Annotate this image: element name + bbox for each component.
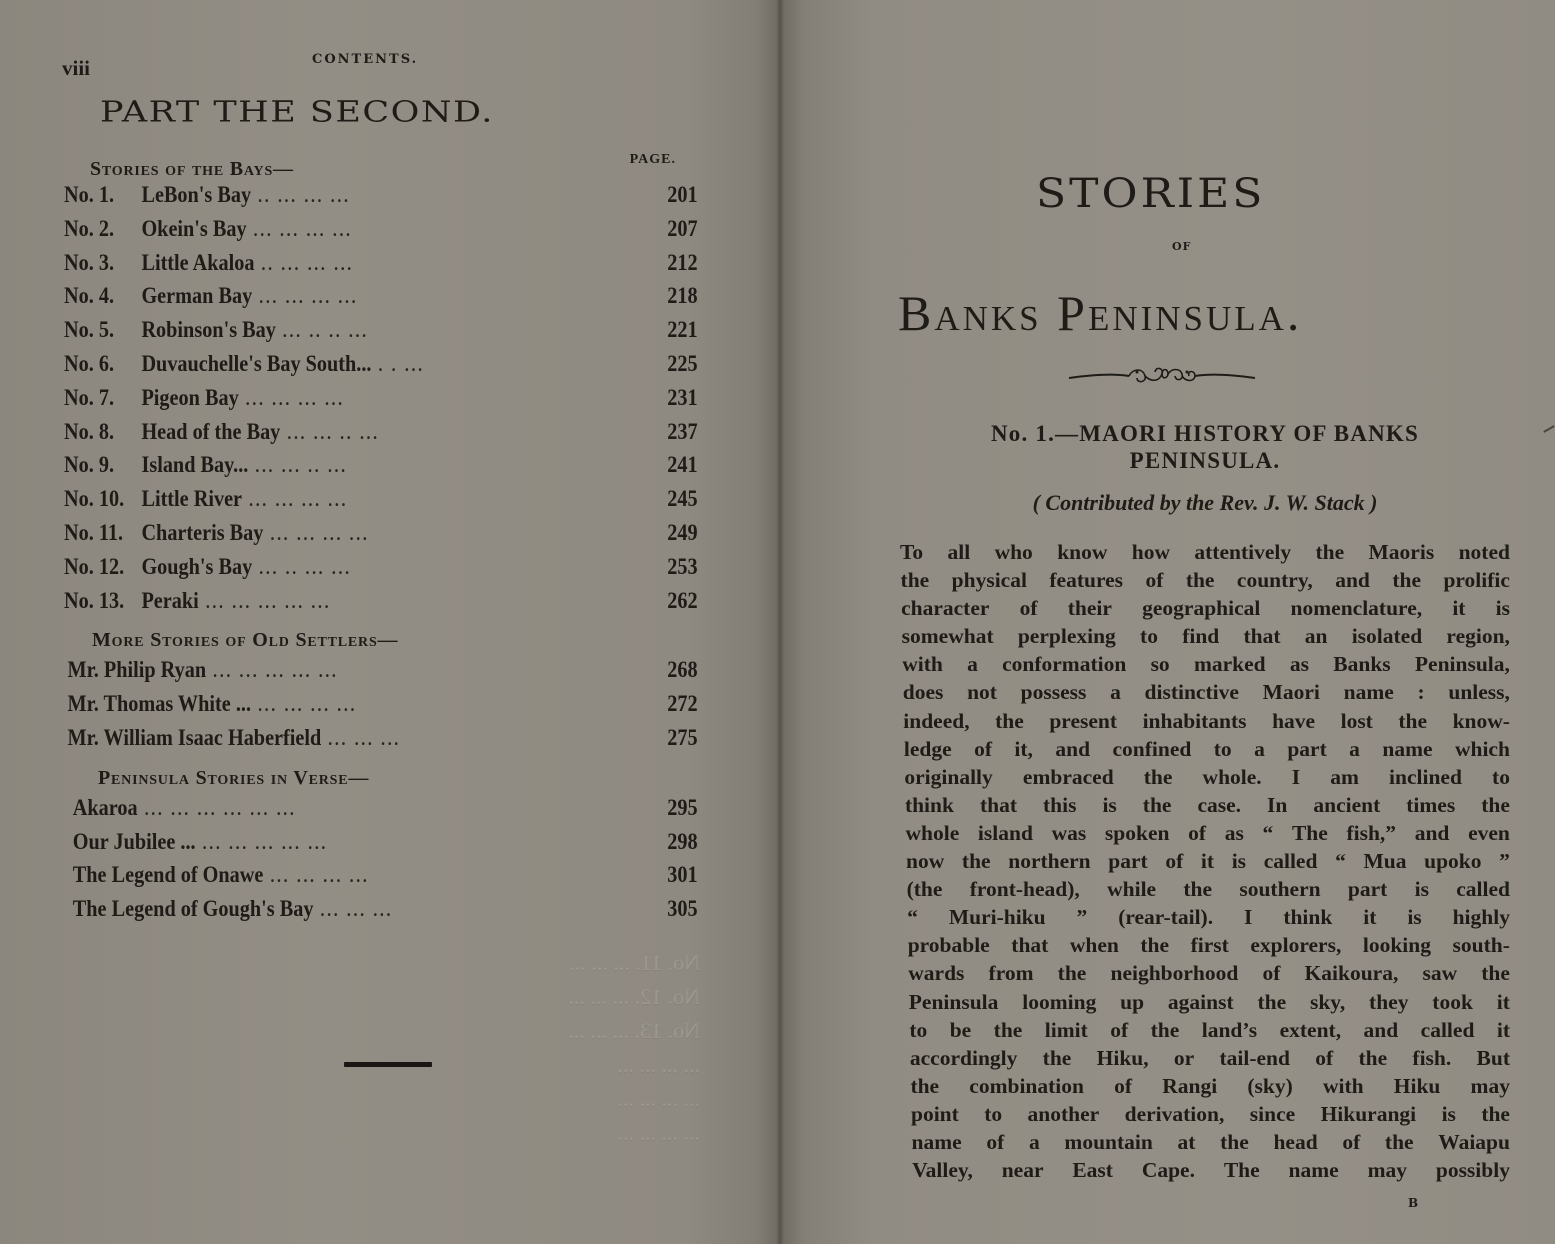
body-text-line: wardsfromtheneighborhoodofKaikoura,sawth… <box>900 961 1510 989</box>
decorative-flourish-icon <box>1067 364 1257 386</box>
word: embraced <box>1023 765 1114 793</box>
word: so <box>1151 652 1170 680</box>
word: up <box>1120 990 1144 1018</box>
word: inhabitants <box>1143 709 1247 737</box>
word: possibly <box>1436 1158 1510 1186</box>
word: neighborhood <box>1110 961 1238 989</box>
toc-entry: No. 8.Head of the Bay... ... .. ...237 <box>64 419 698 453</box>
body-text-line: “Muri-hiku”(rear-tail).Ithinkitishighly <box>900 905 1510 933</box>
word: of <box>1020 596 1038 624</box>
word: called <box>1456 877 1510 905</box>
body-text-line: wholeislandwasspokenofas“Thefish,”andeve… <box>900 821 1510 849</box>
toc-entry-title: Mr. William Isaac Haberfield <box>68 725 322 751</box>
toc-entry: No. 5.Robinson's Bay... .. .. ...221 <box>64 317 698 351</box>
word: of <box>1342 1130 1360 1158</box>
word: ” <box>1077 905 1088 933</box>
dot-leaders: ... ... .. ... <box>280 423 639 444</box>
toc-entry-title: Okein's Bay <box>141 216 246 242</box>
word: conformation <box>1002 652 1126 680</box>
word: the <box>1481 1102 1510 1130</box>
word: it <box>1452 596 1465 624</box>
word: the <box>1315 540 1344 568</box>
body-text-line: somewhatperplexingtofindthatanisolatedre… <box>900 624 1510 652</box>
toc-entry-title: The Legend of Gough's Bay <box>73 896 314 922</box>
toc-entry-number: No. 5. <box>64 317 141 343</box>
chapter-title-line-2: PENINSULA. <box>900 447 1510 474</box>
body-text-line: ledgeofit,andconfinedtoapartanamewhich <box>900 737 1510 765</box>
word: took <box>1432 990 1473 1018</box>
word: whole. <box>1203 765 1262 793</box>
section-label-stories-of-the-bays: Stories of the Bays— <box>90 158 294 181</box>
word: who <box>995 540 1033 568</box>
word: probable <box>908 933 990 961</box>
word: to <box>1140 624 1158 652</box>
word: this <box>1043 793 1076 821</box>
toc-entry-page-number: 241 <box>640 452 698 478</box>
toc-entry: No. 12.Gough's Bay... .. ... ...253 <box>64 554 698 588</box>
body-text-line: Valley,nearEastCape.Thenamemaypossibly <box>900 1158 1510 1186</box>
dot-leaders: ... ... ... ... <box>239 389 640 410</box>
book-gutter <box>776 0 784 1244</box>
word: when <box>1070 933 1119 961</box>
body-text-line: Peninsulaloomingupagainstthesky,theytook… <box>900 990 1510 1018</box>
word: case. <box>1197 793 1241 821</box>
word: The <box>1224 1158 1260 1186</box>
toc-entry-page-number: 272 <box>640 691 698 717</box>
toc-entry-number: No. 12. <box>64 554 141 580</box>
word: In <box>1267 793 1287 821</box>
word: isolated <box>1352 624 1422 652</box>
signature-mark: B <box>1408 1196 1418 1210</box>
toc-entry-page-number: 305 <box>640 896 698 922</box>
word: it <box>1363 905 1376 933</box>
dot-leaders: ... ... ... <box>321 729 639 750</box>
word: distinctive <box>1145 680 1239 708</box>
word: physical <box>952 568 1027 596</box>
toc-entry: No. 1.LeBon's Bay.. ... ... ...201 <box>64 182 698 216</box>
word: south- <box>1453 933 1510 961</box>
toc-entry: No. 4.German Bay... ... ... ...218 <box>64 283 698 317</box>
word: confined <box>1112 737 1191 765</box>
word: know- <box>1453 709 1510 737</box>
word: and <box>1335 568 1370 596</box>
show-through-text: No. 11. ... ... ...No. 12. ... ... ...No… <box>60 950 700 1154</box>
toc-entry-title: German Bay <box>141 283 252 309</box>
toc-entry-page-number: 231 <box>640 385 698 411</box>
running-head: viii CONTENTS. <box>62 50 702 80</box>
word: an <box>1305 624 1328 652</box>
toc-entry-number: No. 13. <box>64 588 141 614</box>
word: have <box>1272 709 1315 737</box>
toc-entry-title: Pigeon Bay <box>141 385 238 411</box>
word: unless, <box>1448 680 1510 708</box>
word: front-head), <box>970 877 1080 905</box>
word: find <box>1182 624 1219 652</box>
word: name <box>1344 680 1394 708</box>
toc-entry: No. 6.Duvauchelle's Bay South.... . ...2… <box>64 351 698 385</box>
word: that <box>1011 933 1048 961</box>
word: Maori <box>1263 680 1320 708</box>
body-text-line: nameofamountainattheheadoftheWaiapu <box>900 1130 1510 1158</box>
dot-leaders: ... ... ... ... <box>251 695 639 716</box>
word: region, <box>1446 624 1510 652</box>
dot-leaders: .. ... ... ... <box>254 254 639 275</box>
word: inclined <box>1389 765 1462 793</box>
word: “ <box>1335 849 1346 877</box>
word: part <box>1348 877 1387 905</box>
word: northern <box>1008 849 1090 877</box>
toc-entry: No. 10.Little River... ... ... ...245 <box>64 486 698 520</box>
word: may <box>1471 1074 1510 1102</box>
word: indeed, <box>903 709 969 737</box>
word: of <box>1110 1018 1128 1046</box>
dot-leaders: ... ... ... ... <box>242 490 639 511</box>
word: geographical <box>1142 596 1260 624</box>
toc-entry-title: Island Bay... <box>141 452 248 478</box>
word: tail-end <box>1219 1046 1289 1074</box>
body-text-line: withaconformationsomarkedasBanksPeninsul… <box>900 652 1510 680</box>
toc-entry-title: Robinson's Bay <box>141 317 275 343</box>
chapter-title: No. 1.—MAORI HISTORY OF BANKS PENINSULA. <box>900 420 1510 474</box>
toc-entry: No. 7.Pigeon Bay... ... ... ...231 <box>64 385 698 419</box>
dot-leaders: ... ... ... ... <box>252 287 639 308</box>
toc-entry: Mr. William Isaac Haberfield... ... ...2… <box>64 725 698 759</box>
word: looking <box>1363 933 1431 961</box>
word: of <box>986 1130 1004 1158</box>
body-text-line: ToallwhoknowhowattentivelytheMaorisnoted <box>900 540 1510 568</box>
word: name <box>1382 737 1432 765</box>
word: the <box>1140 933 1169 961</box>
toc-entry-number: No. 3. <box>64 250 141 276</box>
dot-leaders: ... ... ... <box>313 900 639 921</box>
body-text-line: indeed,thepresentinhabitantshavelostthek… <box>900 709 1510 737</box>
word: that <box>980 793 1017 821</box>
word: part <box>1287 737 1326 765</box>
word: to <box>1214 737 1232 765</box>
word: of <box>1165 849 1183 877</box>
toc-entry-title: Akaroa <box>73 795 138 821</box>
word: the <box>995 709 1024 737</box>
word: sky, <box>1310 990 1345 1018</box>
toc-entry-title: Charteris Bay <box>141 520 263 546</box>
word: of <box>974 737 992 765</box>
book-title-stories: STORIES <box>1036 170 1265 217</box>
toc-entry-number: No. 4. <box>64 283 141 309</box>
word: it <box>1497 1018 1510 1046</box>
word: spoken <box>1105 821 1170 849</box>
word: noted <box>1459 540 1510 568</box>
dot-leaders: ... ... .. ... <box>248 456 639 477</box>
word: attentively <box>1194 540 1291 568</box>
word: the <box>910 1074 939 1102</box>
body-text-line: nowthenorthernpartofitiscalled“Muaupoko” <box>900 849 1510 877</box>
toc-entry-page-number: 207 <box>640 216 698 242</box>
word: not <box>967 680 997 708</box>
word: Hiku <box>1394 1074 1441 1102</box>
word: to <box>909 1018 927 1046</box>
word: To <box>900 540 923 568</box>
dot-leaders: ... .. ... ... <box>252 558 639 579</box>
word: to <box>1492 765 1510 793</box>
word: ledge <box>904 737 952 765</box>
word: does <box>903 680 944 708</box>
word: a <box>967 652 978 680</box>
word: point <box>911 1102 959 1130</box>
word: a <box>1254 737 1265 765</box>
word: extent, <box>1280 1018 1342 1046</box>
word: possess <box>1021 680 1087 708</box>
show-through-line: ... ... ... ... <box>60 1052 700 1086</box>
word: the <box>1058 961 1087 989</box>
toc-entry-page-number: 295 <box>640 795 698 821</box>
body-text-line: probablethatwhenthefirstexplorers,lookin… <box>900 933 1510 961</box>
word: “ <box>1263 821 1274 849</box>
toc-entry: Mr. Philip Ryan... ... ... ... ...268 <box>64 657 698 691</box>
running-title: CONTENTS. <box>312 52 418 67</box>
toc-entry-number: No. 7. <box>64 385 141 411</box>
word: first <box>1191 933 1229 961</box>
word: island <box>978 821 1033 849</box>
dot-leaders: ... ... ... ... <box>247 220 640 241</box>
word: Mua <box>1363 849 1406 877</box>
toc-entry: No. 11.Charteris Bay... ... ... ...249 <box>64 520 698 554</box>
word: fish,” <box>1346 821 1396 849</box>
word: of <box>1114 1074 1132 1102</box>
word: since <box>1250 1102 1295 1130</box>
word: wards <box>908 961 964 989</box>
body-text-line: accordinglytheHiku,ortail-endofthefish.B… <box>900 1046 1510 1074</box>
word: think <box>905 793 954 821</box>
word: Peninsula, <box>1415 652 1510 680</box>
word: saw <box>1422 961 1457 989</box>
word: at <box>1178 1130 1196 1158</box>
word: southern <box>1239 877 1320 905</box>
word: features <box>1049 568 1123 596</box>
word: land’s <box>1202 1018 1257 1046</box>
book-title-of: OF <box>1172 240 1191 253</box>
word: nomenclature, <box>1291 596 1423 624</box>
toc-entry: Akaroa... ... ... ... ... ...295 <box>64 795 698 829</box>
word: it <box>1497 990 1510 1018</box>
word: Maoris <box>1369 540 1435 568</box>
word: But <box>1477 1046 1510 1074</box>
word: with <box>1323 1074 1364 1102</box>
toc-entry-page-number: 253 <box>640 554 698 580</box>
word: (the <box>907 877 943 905</box>
contributor-byline: ( Contributed by the Rev. J. W. Stack ) <box>900 490 1510 516</box>
word: Peninsula <box>909 990 999 1018</box>
word: called <box>1421 1018 1475 1046</box>
toc-entry: The Legend of Onawe... ... ... ...301 <box>64 862 698 896</box>
toc-entry-number: No. 2. <box>64 216 141 242</box>
body-text-line: thecombinationofRangi(sky)withHikumay <box>900 1074 1510 1102</box>
word: be <box>950 1018 972 1046</box>
word: times <box>1406 793 1455 821</box>
word: Hikurangi <box>1321 1102 1417 1130</box>
word: all <box>948 540 971 568</box>
end-rule-divider <box>344 1062 432 1067</box>
toc-entry: No. 13.Peraki... ... ... ... ...262 <box>64 588 698 622</box>
word: know <box>1057 540 1107 568</box>
word: marked <box>1194 652 1266 680</box>
word: it <box>1201 849 1214 877</box>
dot-leaders: ... ... ... ... ... <box>199 592 640 613</box>
toc-entry-page-number: 245 <box>640 486 698 512</box>
dot-leaders: ... ... ... ... ... <box>196 833 640 854</box>
dot-leaders: . . ... <box>371 355 639 376</box>
word: the <box>1358 1046 1387 1074</box>
word: prolific <box>1443 568 1509 596</box>
toc-section-old-settlers: Mr. Philip Ryan... ... ... ... ...268Mr.… <box>64 657 704 758</box>
word: ” <box>1499 849 1510 877</box>
chapter-body-text: ToallwhoknowhowattentivelytheMaorisnoted… <box>900 540 1510 1186</box>
word: they <box>1369 990 1408 1018</box>
word: or <box>1174 1046 1194 1074</box>
word: name <box>912 1130 962 1158</box>
word: near <box>1002 1158 1044 1186</box>
word: the <box>1385 1130 1414 1158</box>
body-text-line: tobethelimitoftheland’sextent,andcalledi… <box>900 1018 1510 1046</box>
body-text-line: (thefront-head),whilethesouthernpartisca… <box>900 877 1510 905</box>
toc-entry-page-number: 298 <box>640 829 698 855</box>
word: the <box>1257 990 1286 1018</box>
table-of-contents: Stories of the Bays— PAGE. No. 1.LeBon's… <box>64 152 704 930</box>
toc-entry-title: Peraki <box>141 588 198 614</box>
body-text-line: characteroftheirgeographicalnomenclature… <box>900 596 1510 624</box>
word: a <box>1110 680 1121 708</box>
word: from <box>989 961 1034 989</box>
book-spread: viii CONTENTS. PART THE SECOND. Stories … <box>0 0 1555 1244</box>
word: (sky) <box>1247 1074 1292 1102</box>
word: and <box>1415 821 1450 849</box>
word: that <box>1243 624 1280 652</box>
word: is <box>1232 849 1246 877</box>
word: the <box>1143 793 1172 821</box>
word: The <box>1292 821 1328 849</box>
toc-entry-title: Little Akaloa <box>141 250 254 276</box>
section-label-old-settlers: More Stories of Old Settlers— <box>92 629 398 652</box>
toc-entry-page-number: 249 <box>640 520 698 546</box>
toc-entry-number: No. 6. <box>64 351 141 377</box>
word: looming <box>1022 990 1096 1018</box>
word: explorers, <box>1250 933 1341 961</box>
word: : <box>1417 680 1424 708</box>
toc-entry-title: Little River <box>141 486 242 512</box>
toc-entry: No. 3.Little Akaloa.. ... ... ...212 <box>64 250 698 284</box>
word: mountain <box>1064 1130 1152 1158</box>
word: how <box>1132 540 1170 568</box>
toc-section-header: More Stories of Old Settlers— <box>64 621 704 657</box>
word: (rear-tail). <box>1118 905 1213 933</box>
word: of <box>1188 821 1206 849</box>
show-through-line: No. 12. ... ... ... <box>60 984 700 1018</box>
toc-entry: Our Jubilee ...... ... ... ... ...298 <box>64 829 698 863</box>
word: is <box>1102 793 1116 821</box>
word: head <box>1273 1130 1317 1158</box>
toc-entry-title: Mr. Philip Ryan <box>68 657 207 683</box>
toc-entry-page-number: 237 <box>640 419 698 445</box>
word: is <box>1415 877 1429 905</box>
word: perplexing <box>1018 624 1116 652</box>
word: called <box>1264 849 1318 877</box>
word: highly <box>1453 905 1510 933</box>
show-through-line: ... ... ... ... <box>60 1086 700 1120</box>
toc-entry-number: No. 1. <box>64 182 141 208</box>
toc-entry-title: The Legend of Onawe <box>73 862 264 888</box>
word: even <box>1468 821 1510 849</box>
body-text-line: doesnotpossessadistinctiveMaoriname:unle… <box>900 680 1510 708</box>
toc-entry: No. 9.Island Bay...... ... .. ...241 <box>64 452 698 486</box>
toc-entry-page-number: 218 <box>640 283 698 309</box>
toc-section-bays: No. 1.LeBon's Bay.. ... ... ...201No. 2.… <box>64 182 704 621</box>
word: upoko <box>1424 849 1481 877</box>
word: name <box>1289 1158 1339 1186</box>
word: while <box>1107 877 1156 905</box>
toc-entry-page-number: 262 <box>640 588 698 614</box>
word: originally <box>904 765 992 793</box>
toc-entry: No. 2.Okein's Bay... ... ... ...207 <box>64 216 698 250</box>
word: part <box>1108 849 1147 877</box>
word: as <box>1225 821 1244 849</box>
toc-entry-title: Head of the Bay <box>141 419 280 445</box>
word: the <box>1144 765 1173 793</box>
word: of <box>1262 961 1280 989</box>
toc-entry: Mr. Thomas White ...... ... ... ...272 <box>64 691 698 725</box>
word: Banks <box>1333 652 1390 680</box>
word: and <box>1055 737 1090 765</box>
word: lost <box>1341 709 1373 737</box>
word: limit <box>1045 1018 1088 1046</box>
word: the <box>1183 877 1212 905</box>
toc-entry-number: No. 10. <box>64 486 141 512</box>
word: of <box>1145 568 1163 596</box>
word: now <box>906 849 944 877</box>
word: is <box>1496 596 1510 624</box>
word: a <box>1349 737 1360 765</box>
dot-leaders: ... ... ... ... <box>263 524 639 545</box>
toc-section-verse: Akaroa... ... ... ... ... ...295Our Jubi… <box>64 795 704 930</box>
word: Kaikoura, <box>1305 961 1399 989</box>
word: the <box>1481 961 1510 989</box>
word: the <box>1043 1046 1072 1074</box>
word: to <box>984 1102 1002 1130</box>
word: derivation, <box>1125 1102 1225 1130</box>
word: which <box>1455 737 1510 765</box>
word: is <box>1442 1102 1456 1130</box>
toc-entry-title: Mr. Thomas White ... <box>68 691 252 717</box>
word: their <box>1068 596 1112 624</box>
word: accordingly <box>910 1046 1018 1074</box>
word: whole <box>906 821 960 849</box>
page-column-label: PAGE. <box>630 152 676 168</box>
word: the <box>1392 568 1421 596</box>
dot-leaders: ... ... ... ... ... <box>206 661 639 682</box>
toc-entry-number: No. 9. <box>64 452 141 478</box>
word: am <box>1330 765 1359 793</box>
body-text-line: thephysicalfeaturesofthecountry,andthepr… <box>900 568 1510 596</box>
book-title-banks-peninsula: Banks Peninsula. <box>898 284 1302 342</box>
word: Valley, <box>912 1158 973 1186</box>
word: combination <box>969 1074 1084 1102</box>
word: the <box>1186 568 1215 596</box>
word: with <box>902 652 943 680</box>
toc-entry: The Legend of Gough's Bay... ... ...305 <box>64 896 698 930</box>
word: was <box>1052 821 1087 849</box>
body-text-line: originallyembracedthewhole.Iaminclinedto <box>900 765 1510 793</box>
toc-entry-page-number: 201 <box>640 182 698 208</box>
toc-entry-number: No. 11. <box>64 520 141 546</box>
word: it, <box>1014 737 1033 765</box>
